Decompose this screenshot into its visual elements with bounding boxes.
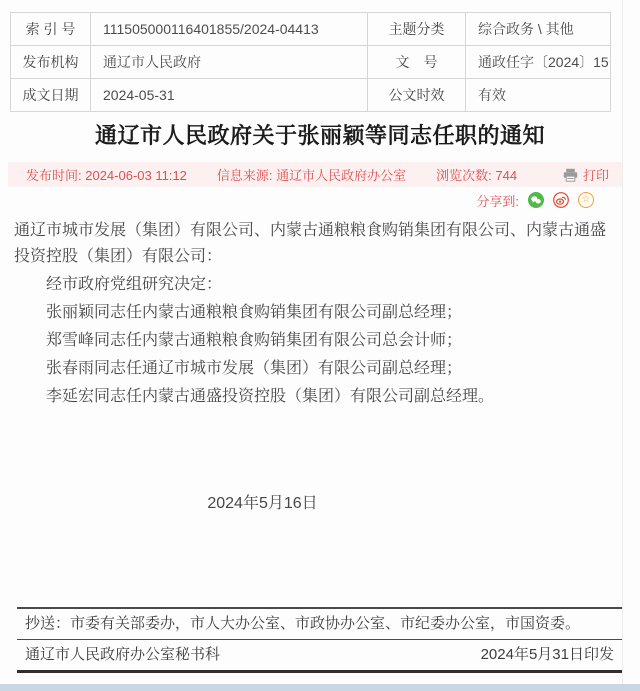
- publish-info-bar: 发布时间: 2024-06-03 11:12 信息来源: 通辽市人民政府办公室 …: [8, 162, 623, 187]
- printer-icon: [563, 168, 578, 182]
- page-edge-divider: [622, 0, 623, 684]
- page-title: 通辽市人民政府关于张丽颖等同志任职的通知: [12, 122, 628, 149]
- document-date: 2024年5月16日: [0, 491, 640, 517]
- meta-date-label: 成文日期: [11, 79, 91, 112]
- body-paragraph-decision: 经市政府党组研究决定：: [14, 272, 618, 298]
- meta-row-1: 索 引 号 111505000116401855/2024-04413 主题分类…: [11, 13, 611, 46]
- body-paragraph-appointment-1: 张丽颖同志任内蒙古通粮粮食购销集团有限公司副总经理；: [14, 300, 618, 326]
- publish-time: 发布时间: 2024-06-03 11:12: [26, 165, 187, 184]
- issuer-office: 通辽市人民政府办公室秘书科: [25, 645, 220, 665]
- body-paragraph-appointment-4: 李延宏同志任内蒙古通盛投资控股（集团）有限公司副总经理。: [14, 384, 618, 410]
- star-icon: ☆: [582, 195, 591, 205]
- meta-row-3: 成文日期 2024-05-31 公文时效 有效: [11, 79, 611, 112]
- meta-date-value: 2024-05-31: [91, 79, 368, 112]
- info-source: 信息来源: 通辽市人民政府办公室: [217, 165, 406, 184]
- bottom-page-edge: [0, 684, 640, 691]
- view-count: 浏览次数: 744: [436, 165, 517, 184]
- wechat-share-icon[interactable]: [528, 192, 544, 208]
- meta-index-label: 索 引 号: [11, 13, 91, 46]
- print-button-label: 打印: [583, 165, 609, 184]
- issuer-row: 通辽市人民政府办公室秘书科 2024年5月31日印发: [17, 640, 622, 673]
- meta-index-value: 111505000116401855/2024-04413: [91, 13, 368, 46]
- meta-row-2: 发布机构 通辽市人民政府 文 号 通政任字〔2024〕15号: [11, 46, 611, 79]
- meta-docno-label: 文 号: [368, 46, 466, 79]
- meta-agency-value: 通辽市人民政府: [91, 46, 368, 79]
- body-paragraph-appointment-2: 郑雪峰同志任内蒙古通粮粮食购销集团有限公司总会计师；: [14, 328, 618, 354]
- meta-agency-label: 发布机构: [11, 46, 91, 79]
- print-date: 2024年5月31日印发: [481, 645, 614, 665]
- document-body: 通辽市城市发展（集团）有限公司、内蒙古通粮粮食购销集团有限公司、内蒙古通盛投资控…: [0, 218, 640, 410]
- meta-docno-value: 通政任字〔2024〕15号: [466, 46, 611, 79]
- meta-validity-label: 公文时效: [368, 79, 466, 112]
- cc-line: 抄送：市委有关部委办，市人大办公室、市政协办公室、市纪委办公室，市国资委。: [17, 609, 622, 640]
- qzone-share-icon[interactable]: ☆: [578, 192, 594, 208]
- meta-topic-label: 主题分类: [368, 13, 466, 46]
- print-button[interactable]: 打印: [563, 165, 609, 184]
- document-meta-table: 索 引 号 111505000116401855/2024-04413 主题分类…: [10, 12, 611, 112]
- share-label: 分享到:: [476, 191, 519, 210]
- share-bar: 分享到: ☆: [0, 190, 632, 210]
- weibo-share-icon[interactable]: [553, 192, 569, 208]
- meta-topic-value: 综合政务 \ 其他: [466, 13, 611, 46]
- document-footer: 抄送：市委有关部委办，市人大办公室、市政协办公室、市纪委办公室，市国资委。 通辽…: [17, 607, 622, 673]
- body-paragraph-appointment-3: 张春雨同志任通辽市城市发展（集团）有限公司副总经理；: [14, 356, 618, 382]
- body-paragraph-salutation: 通辽市城市发展（集团）有限公司、内蒙古通粮粮食购销集团有限公司、内蒙古通盛投资控…: [14, 218, 618, 270]
- meta-validity-value: 有效: [466, 79, 611, 112]
